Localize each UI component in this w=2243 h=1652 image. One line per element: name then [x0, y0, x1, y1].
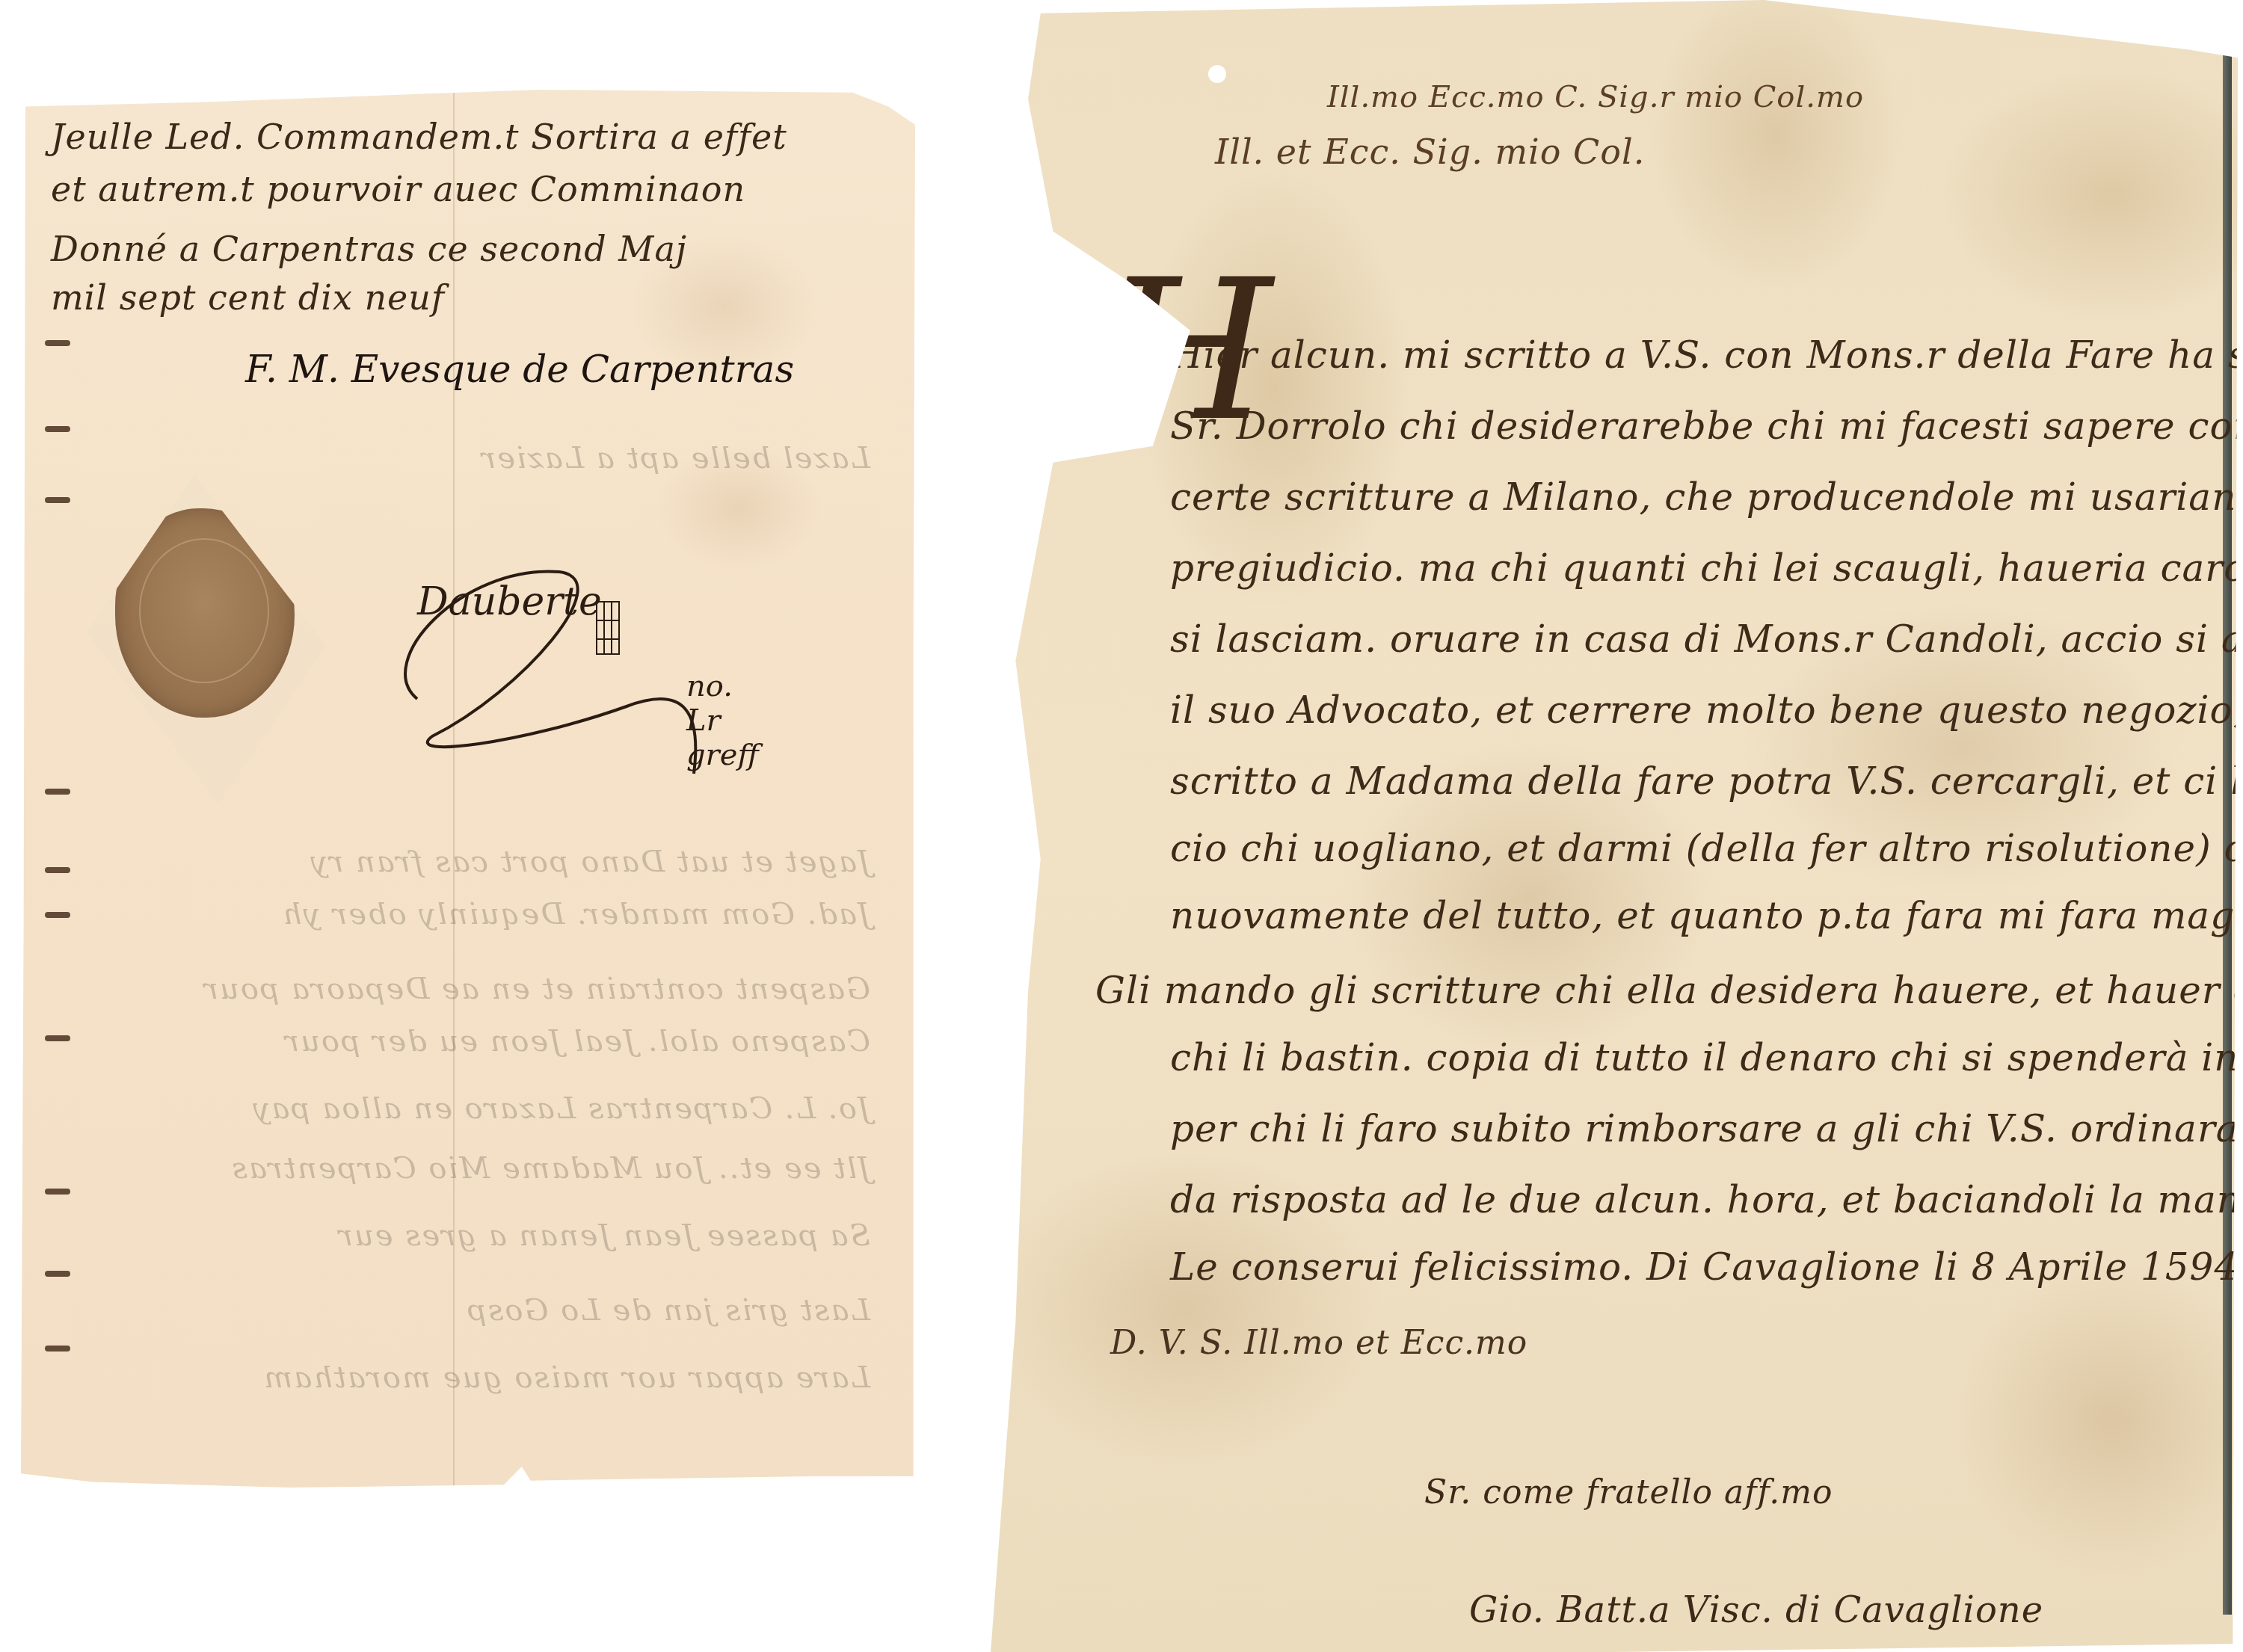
bleed-through-text: Caspeno alol. Jeal Jeon eu der pour — [66, 1024, 870, 1058]
body-line: il suo Advocato, et cerrere molto bene q… — [1170, 691, 2243, 729]
body-line: cio chi uogliano, et darmi (della fer al… — [1170, 830, 2243, 867]
body-line: Gli mando gli scritture chi ella desider… — [1095, 972, 2243, 1009]
bleed-through-text: Last gris jan de Lo Gosp — [66, 1293, 870, 1328]
body-line: nuovamente del tutto, et quanto p.ta far… — [1170, 897, 2243, 934]
margin-ink-mark — [45, 340, 70, 346]
left-document-sheet: Lazel belle apt a Lazier Jaget et uat Da… — [21, 90, 915, 1488]
text-line: Donné a Carpentras ce second Maj — [51, 232, 687, 266]
body-line: certe scritture a Milano, che producendo… — [1170, 478, 2243, 516]
salutation-superscript: Ill.mo Ecc.mo C. Sig.r mio Col.mo — [1327, 82, 1864, 112]
body-line: da risposta ad le due alcun. hora, et ba… — [1170, 1181, 2243, 1218]
bleed-through-text: Jlt ee et.. Jou Madame Mio Carpentras — [66, 1151, 870, 1186]
notary-title: no. Lr greff — [686, 669, 761, 772]
margin-ink-mark — [45, 1271, 70, 1277]
text-line: mil sept cent dix neuf — [51, 280, 445, 315]
body-line: Sr. Dorrolo chi desiderarebbe chi mi fac… — [1170, 407, 2243, 445]
seal-ring — [139, 538, 269, 683]
margin-ink-mark — [45, 789, 70, 795]
body-line: pregiudicio. ma chi quanti chi lei scaug… — [1170, 549, 2243, 587]
right-document-sheet: Ill.mo Ecc.mo C. Sig.r mio Col.mo Ill. e… — [991, 0, 2238, 1652]
margin-ink-mark — [45, 426, 70, 432]
closing-line: D. V. S. Ill.mo et Ecc.mo — [1110, 1327, 1527, 1360]
bleed-through-text: Jad. Gom mander. Dequinly ober yh — [66, 897, 870, 931]
bleed-through-text: Gaspent contrain et en ae Depaora pour — [66, 972, 870, 1006]
margin-ink-mark — [45, 497, 70, 503]
bishop-signature: F. M. Evesque de Carpentras — [245, 348, 794, 391]
bleed-through-text: Lare appar uor maiso gue moratham — [66, 1360, 870, 1395]
body-line: scritto a Madama della fare potra V.S. c… — [1170, 762, 2243, 800]
margin-ink-mark — [45, 1346, 70, 1352]
notary-name: Dauberte — [417, 579, 602, 624]
fold-crease — [453, 90, 455, 1488]
text-line: Jeulle Led. Commandem.t Sortira a effet — [51, 120, 787, 154]
text-line: et autrem.t pourvoir auec Comminaon — [51, 172, 745, 206]
paper-hole — [1208, 65, 1226, 83]
body-line: Hier alcun. mi scritto a V.S. con Mons.r… — [1170, 336, 2243, 374]
body-line: Le conserui felicissimo. Di Cavaglione l… — [1170, 1248, 2239, 1286]
salutation: Ill. et Ecc. Sig. mio Col. — [1215, 135, 1645, 169]
margin-ink-mark — [45, 1035, 70, 1041]
body-line: per chi li faro subito rimborsare a gli … — [1170, 1110, 2243, 1147]
margin-ink-mark — [45, 1189, 70, 1195]
author-signature: Gio. Batt.a Visc. di Cavaglione — [1469, 1592, 2043, 1628]
sign-off-line: Sr. come fratello aff.mo — [1424, 1476, 1833, 1509]
bleed-through-text: Jaget et uat Dano port cas fran ry — [66, 845, 870, 879]
body-line: chi li bastin. copia di tutto il denaro … — [1170, 1039, 2243, 1076]
margin-ink-mark — [45, 867, 70, 873]
body-line: si lasciam. oruare in casa di Mons.r Can… — [1170, 620, 2243, 658]
wax-seal-icon — [87, 475, 326, 804]
bleed-through-text: Sa passee Jean Jenan a gres eur — [66, 1218, 870, 1253]
notary-signature-block: Dauberte no. Lr greff — [372, 549, 761, 789]
bleed-through-text: Jo. L. Carpentras Lazaro en alloa pay — [66, 1091, 870, 1126]
bleed-through-text: Lazel belle apt a Lazier — [66, 441, 870, 475]
margin-ink-mark — [45, 912, 70, 918]
